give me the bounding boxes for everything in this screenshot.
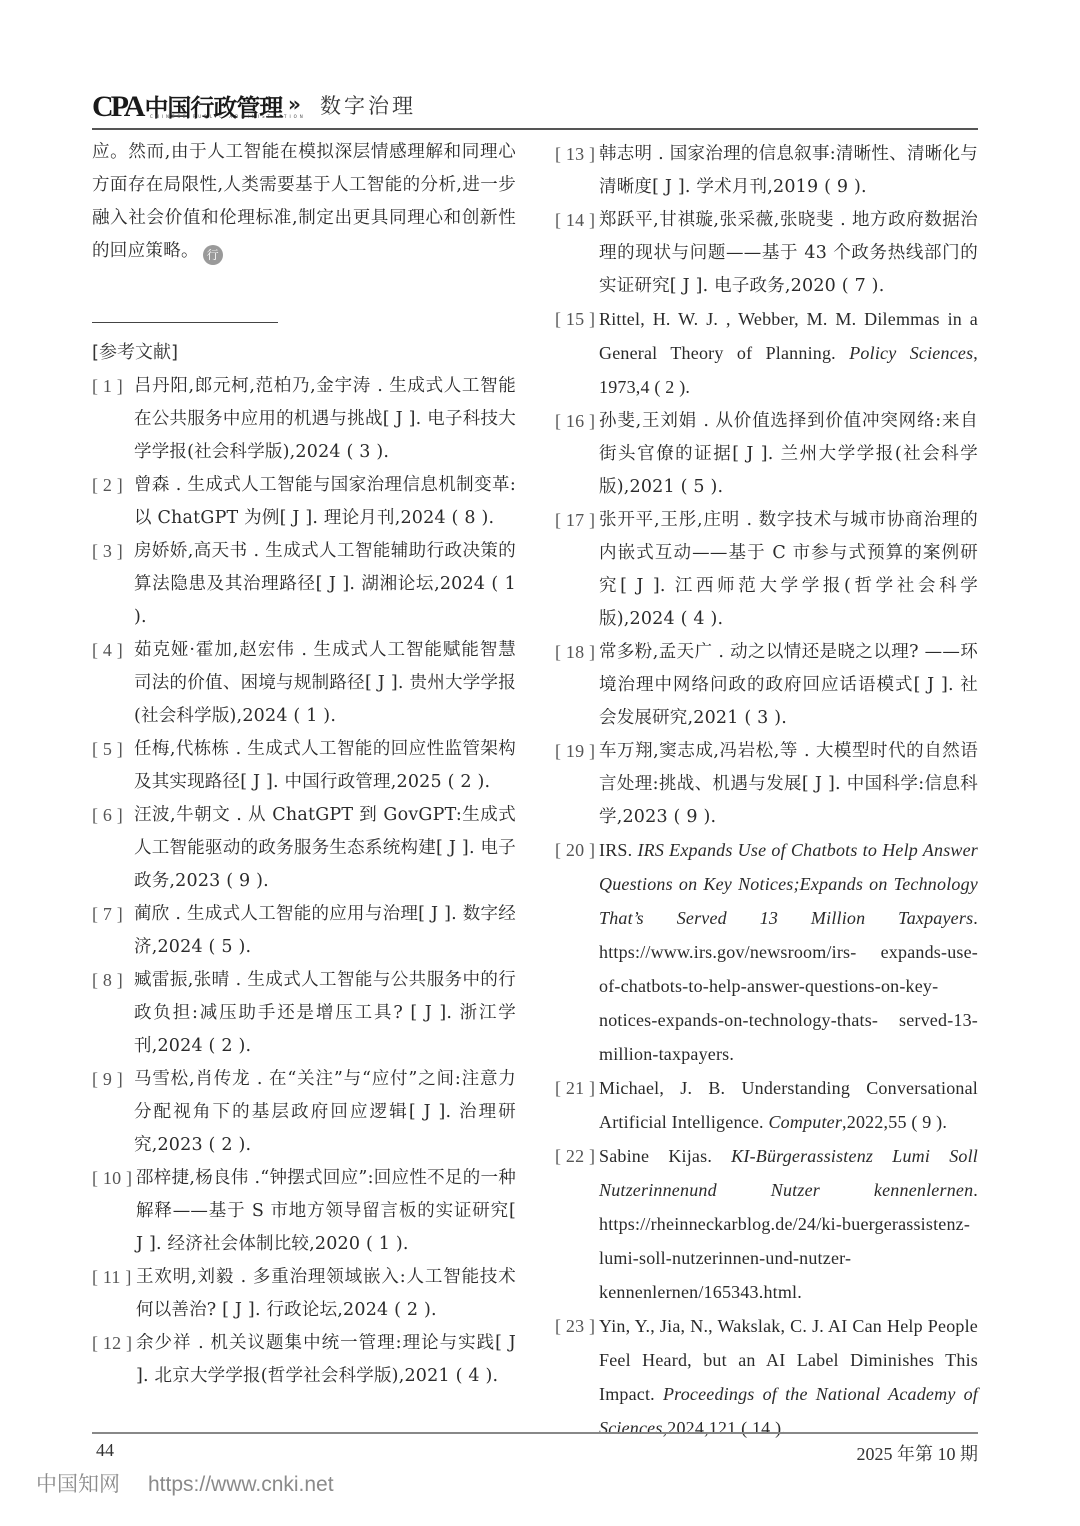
reference-number: [ 7 ]: [92, 898, 123, 931]
body-paragraph: 应。然而,由于人工智能在模拟深层情感理解和同理心方面存在局限性,人类需要基于人工…: [92, 136, 516, 268]
reference-text-plain: IRS.: [599, 840, 637, 860]
reference-item: [ 16 ]孙斐,王刘娟 . 从价值选择到价值冲突网络:来自街头官僚的证据[ J…: [555, 405, 978, 504]
reference-item: [ 1 ]吕丹阳,郎元柯,范柏乃,金宇涛 . 生成式人工智能在公共服务中应用的机…: [92, 370, 516, 469]
reference-number: [ 21 ]: [555, 1072, 595, 1105]
logo-subtitle: CHINESE PUBLIC ADMINISTRATION: [150, 114, 306, 119]
reference-text: 车万翔,窦志成,冯岩松,等 . 大模型时代的自然语言处理:挑战、机遇与发展[ J…: [599, 741, 978, 827]
reference-number: [ 17 ]: [555, 504, 595, 537]
reference-text: IRS. IRS Expands Use of Chatbots to Help…: [599, 840, 978, 1064]
reference-text: 臧雷振,张晴 . 生成式人工智能与公共服务中的行政负担:减压助手还是增压工具? …: [134, 970, 516, 1056]
running-header: CPA 中国行政管理 CHINESE PUBLIC ADMINISTRATION…: [92, 86, 978, 128]
reference-source-title: Computer: [768, 1112, 842, 1132]
reference-item: [ 20 ]IRS. IRS Expands Use of Chatbots t…: [555, 834, 978, 1072]
reference-item: [ 11 ]王欢明,刘毅 . 多重治理领域嵌入:人工智能技术何以善治? [ J …: [92, 1261, 516, 1327]
reference-source-title: Policy Sciences: [849, 343, 973, 363]
reference-text: 马雪松,肖传龙 . 在“关注”与“应付”之间:注意力分配视角下的基层政府回应逻辑…: [134, 1069, 516, 1155]
reference-text: 任梅,代栋栋 . 生成式人工智能的回应性监管架构及其实现路径[ J ]. 中国行…: [134, 739, 516, 792]
page-number: 44: [96, 1440, 114, 1461]
reference-text: Michael, J. B. Understanding Conversatio…: [599, 1078, 978, 1132]
reference-number: [ 14 ]: [555, 204, 595, 237]
reference-item: [ 7 ]蔺欣 . 生成式人工智能的应用与治理[ J ]. 数字经济,2024 …: [92, 898, 516, 964]
watermark-name: 中国知网: [36, 1472, 120, 1496]
header-divider: [92, 128, 978, 130]
reference-text: Yin, Y., Jia, N., Wakslak, C. J. AI Can …: [599, 1316, 978, 1438]
section-title: 数字治理: [320, 90, 416, 120]
double-chevron-icon: »: [288, 92, 297, 116]
reference-number: [ 10 ]: [92, 1162, 132, 1195]
reference-item: [ 22 ]Sabine Kijas. KI-Bürgerassistenz L…: [555, 1140, 978, 1310]
reference-number: [ 15 ]: [555, 303, 595, 336]
reference-number: [ 19 ]: [555, 735, 595, 768]
reference-number: [ 23 ]: [555, 1310, 595, 1343]
cnki-watermark: 中国知网https://www.cnki.net: [36, 1468, 334, 1498]
reference-number: [ 11 ]: [92, 1261, 132, 1294]
reference-source-title: IRS Expands Use of Chatbots to Help Answ…: [599, 840, 978, 928]
reference-item: [ 2 ]曾森 . 生成式人工智能与国家治理信息机制变革:以 ChatGPT 为…: [92, 469, 516, 535]
reference-item: [ 23 ]Yin, Y., Jia, N., Wakslak, C. J. A…: [555, 1310, 978, 1446]
reference-text: 曾森 . 生成式人工智能与国家治理信息机制变革:以 ChatGPT 为例[ J …: [134, 475, 516, 528]
reference-number: [ 4 ]: [92, 634, 123, 667]
reference-item: [ 19 ]车万翔,窦志成,冯岩松,等 . 大模型时代的自然语言处理:挑战、机遇…: [555, 735, 978, 834]
reference-text: 汪波,牛朝文 . 从 ChatGPT 到 GovGPT:生成式人工智能驱动的政务…: [134, 805, 516, 891]
reference-item: [ 8 ]臧雷振,张晴 . 生成式人工智能与公共服务中的行政负担:减压助手还是增…: [92, 964, 516, 1063]
reference-item: [ 13 ]韩志明 . 国家治理的信息叙事:清晰性、清晰化与清晰度[ J ]. …: [555, 138, 978, 204]
reference-number: [ 2 ]: [92, 469, 123, 502]
reference-text: Sabine Kijas. KI-Bürgerassistenz Lumi So…: [599, 1146, 978, 1302]
reference-list-left: [ 1 ]吕丹阳,郎元柯,范柏乃,金宇涛 . 生成式人工智能在公共服务中应用的机…: [92, 370, 516, 1393]
reference-item: [ 5 ]任梅,代栋栋 . 生成式人工智能的回应性监管架构及其实现路径[ J ]…: [92, 733, 516, 799]
reference-text: 张开平,王彤,庄明 . 数字技术与城市协商治理的内嵌式互动——基于 C 市参与式…: [599, 510, 978, 629]
reference-number: [ 6 ]: [92, 799, 123, 832]
reference-number: [ 16 ]: [555, 405, 595, 438]
reference-item: [ 4 ]茹克娅·霍加,赵宏伟 . 生成式人工智能赋能智慧司法的价值、困境与规制…: [92, 634, 516, 733]
reference-text: 邵梓捷,杨良伟 .“钟摆式回应”:回应性不足的一种解释——基于 S 市地方领导留…: [136, 1168, 516, 1254]
reference-number: [ 13 ]: [555, 138, 595, 171]
reference-item: [ 17 ]张开平,王彤,庄明 . 数字技术与城市协商治理的内嵌式互动——基于 …: [555, 504, 978, 636]
reference-item: [ 9 ]马雪松,肖传龙 . 在“关注”与“应付”之间:注意力分配视角下的基层政…: [92, 1063, 516, 1162]
references-right: [ 13 ]韩志明 . 国家治理的信息叙事:清晰性、清晰化与清晰度[ J ]. …: [555, 138, 978, 1446]
reference-text: 王欢明,刘毅 . 多重治理领域嵌入:人工智能技术何以善治? [ J ]. 行政论…: [136, 1267, 516, 1320]
reference-text: 孙斐,王刘娟 . 从价值选择到价值冲突网络:来自街头官僚的证据[ J ]. 兰州…: [599, 411, 978, 497]
reference-text-plain: ,2022,55 ( 9 ).: [842, 1112, 947, 1132]
reference-text: 常多粉,孟天广 . 动之以情还是晓之以理? ——环境治理中网络问政的政府回应话语…: [599, 642, 978, 728]
reference-list-right: [ 13 ]韩志明 . 国家治理的信息叙事:清晰性、清晰化与清晰度[ J ]. …: [555, 138, 978, 1446]
reference-number: [ 18 ]: [555, 636, 595, 669]
references-left: [ 1 ]吕丹阳,郎元柯,范柏乃,金宇涛 . 生成式人工智能在公共服务中应用的机…: [92, 370, 516, 1393]
reference-number: [ 22 ]: [555, 1140, 595, 1173]
reference-item: [ 10 ]邵梓捷,杨良伟 .“钟摆式回应”:回应性不足的一种解释——基于 S …: [92, 1162, 516, 1261]
reference-number: [ 5 ]: [92, 733, 123, 766]
reference-text-plain: ,2024,121 ( 14 ).: [663, 1418, 786, 1438]
watermark-url[interactable]: https://www.cnki.net: [148, 1473, 334, 1496]
references-divider: [92, 322, 278, 323]
reference-text: 蔺欣 . 生成式人工智能的应用与治理[ J ]. 数字经济,2024 ( 5 )…: [134, 904, 516, 957]
article-end-icon: 行: [203, 245, 223, 265]
reference-text: 茹克娅·霍加,赵宏伟 . 生成式人工智能赋能智慧司法的价值、困境与规制路径[ J…: [134, 640, 516, 726]
reference-text: 吕丹阳,郎元柯,范柏乃,金宇涛 . 生成式人工智能在公共服务中应用的机遇与挑战[…: [134, 376, 516, 462]
reference-text: 郑跃平,甘祺璇,张采薇,张晓斐 . 地方政府数据治理的现状与问题——基于 43 …: [599, 210, 978, 296]
reference-number: [ 12 ]: [92, 1327, 132, 1360]
references-heading: [参考文献]: [92, 338, 178, 368]
reference-number: [ 1 ]: [92, 370, 123, 403]
left-column: 应。然而,由于人工智能在模拟深层情感理解和同理心方面存在局限性,人类需要基于人工…: [92, 136, 516, 268]
reference-item: [ 14 ]郑跃平,甘祺璇,张采薇,张晓斐 . 地方政府数据治理的现状与问题——…: [555, 204, 978, 303]
body-text: 应。然而,由于人工智能在模拟深层情感理解和同理心方面存在局限性,人类需要基于人工…: [92, 142, 516, 261]
reference-number: [ 9 ]: [92, 1063, 123, 1096]
reference-number: [ 20 ]: [555, 834, 595, 867]
reference-number: [ 3 ]: [92, 535, 123, 568]
reference-text: 韩志明 . 国家治理的信息叙事:清晰性、清晰化与清晰度[ J ]. 学术月刊,2…: [599, 144, 978, 197]
reference-text: 房娇娇,高天书 . 生成式人工智能辅助行政决策的算法隐患及其治理路径[ J ].…: [134, 541, 516, 627]
reference-number: [ 8 ]: [92, 964, 123, 997]
reference-text: 余少祥 . 机关议题集中统一管理:理论与实践[ J ]. 北京大学学报(哲学社会…: [136, 1333, 516, 1386]
reference-item: [ 18 ]常多粉,孟天广 . 动之以情还是晓之以理? ——环境治理中网络问政的…: [555, 636, 978, 735]
reference-item: [ 3 ]房娇娇,高天书 . 生成式人工智能辅助行政决策的算法隐患及其治理路径[…: [92, 535, 516, 634]
reference-item: [ 21 ]Michael, J. B. Understanding Conve…: [555, 1072, 978, 1140]
reference-item: [ 6 ]汪波,牛朝文 . 从 ChatGPT 到 GovGPT:生成式人工智能…: [92, 799, 516, 898]
footer-divider: [92, 1432, 978, 1434]
reference-text: Rittel, H. W. J. , Webber, M. M. Dilemma…: [599, 309, 978, 397]
reference-text-plain: Sabine Kijas.: [599, 1146, 731, 1166]
reference-text-plain: . https://www.irs.gov/newsroom/irs- expa…: [599, 908, 978, 1064]
reference-item: [ 12 ]余少祥 . 机关议题集中统一管理:理论与实践[ J ]. 北京大学学…: [92, 1327, 516, 1393]
logo-abbr: CPA: [92, 92, 142, 122]
reference-item: [ 15 ]Rittel, H. W. J. , Webber, M. M. D…: [555, 303, 978, 405]
issue-label: 2025 年第 10 期: [857, 1440, 979, 1466]
